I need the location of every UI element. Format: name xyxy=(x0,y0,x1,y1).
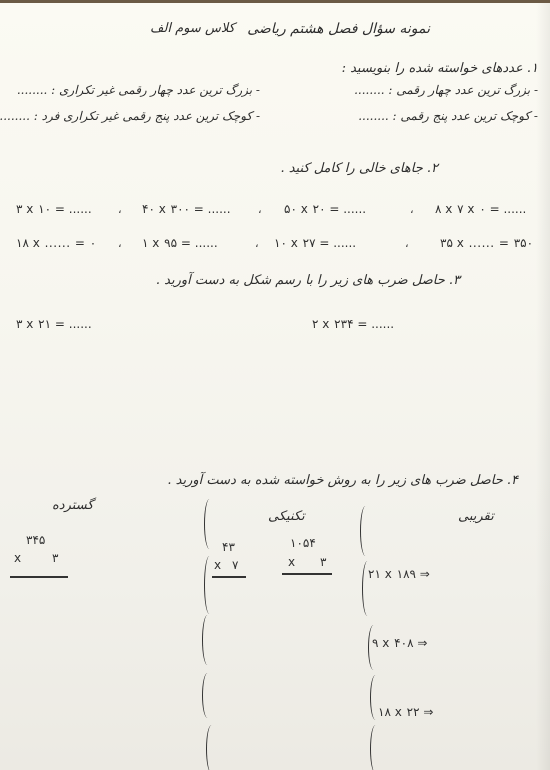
brace-divider xyxy=(360,506,369,556)
brace-divider xyxy=(204,499,213,549)
brace-divider xyxy=(370,675,379,720)
separator: ، xyxy=(118,203,122,216)
separator: ، xyxy=(410,203,414,216)
worksheet-page: نمونه سؤال فصل هشتم ریاضی کلاس سوم الف ۱… xyxy=(0,3,550,770)
brace-divider xyxy=(202,673,211,718)
q2-r2-item-2: ۱۰ x ۲۷ = ...... xyxy=(274,236,356,250)
q1-largest-4digit: - بزرگ ترین عدد چهار رقمی : ........ xyxy=(354,83,538,97)
q1-smallest-5digit-nonrepeat-odd: - کوچک ترین عدد پنج رقمی غیر تکراری فرد … xyxy=(0,109,260,123)
q4-label-technical: تکنیکی xyxy=(268,509,305,524)
q4-tech-1-line xyxy=(282,573,332,575)
q4-approx-item-1: ۲۱ x ۱۸۹ ⇒ xyxy=(368,567,430,581)
q4-heading: ۴. حاصل ضرب های زیر را به روش خواسته شده… xyxy=(167,473,518,488)
separator: ، xyxy=(118,237,122,250)
q4-approx-item-2: ۹ x ۴۰۸ ⇒ xyxy=(372,636,427,650)
q4-tech-1-op: x xyxy=(288,555,296,569)
q4-tech-2-op: x xyxy=(214,558,222,572)
q2-heading: ۲. جاهای خالی را کامل کنید . xyxy=(280,161,438,176)
q4-tech-2-bottom: ۷ xyxy=(232,558,238,572)
q4-exp-1-top: ۳۴۵ xyxy=(26,533,45,547)
q4-tech-1-top: ۱۰۵۴ xyxy=(290,536,316,550)
class-label: کلاس سوم الف xyxy=(150,21,235,36)
q4-tech-1-bottom: ۳ xyxy=(320,555,326,569)
q3-item-2: ۳ x ۲۱ = ...... xyxy=(16,317,92,331)
brace-divider xyxy=(370,725,379,770)
q2-r1-item-2: ۵۰ x ۲۰ = ...... xyxy=(284,202,366,216)
q4-label-approximate: تقریبی xyxy=(458,509,494,524)
q2-r2-item-3: ۱ x ۹۵ = ...... xyxy=(142,236,218,250)
q4-exp-1-op: x xyxy=(14,551,22,565)
brace-divider xyxy=(362,561,371,616)
separator: ، xyxy=(258,203,262,216)
q4-approx-item-3: ۱۸ x ۲۲ ⇒ xyxy=(378,705,433,719)
brace-divider xyxy=(202,615,211,665)
q1-heading: ۱. عددهای خواسته شده را بنویسید : xyxy=(342,61,538,76)
brace-divider xyxy=(368,625,377,670)
worksheet-title: نمونه سؤال فصل هشتم ریاضی xyxy=(247,21,430,37)
q2-r1-item-1: ۸ x ۷ x ۰ = ...... xyxy=(435,202,526,216)
brace-divider xyxy=(206,725,215,770)
separator: ، xyxy=(255,237,259,250)
q4-exp-1-bottom: ۳ xyxy=(52,551,58,565)
q2-r1-item-3: ۴۰ x ۳۰۰ = ...... xyxy=(142,202,231,216)
separator: ، xyxy=(405,237,409,250)
q4-exp-1-line xyxy=(10,576,68,578)
q1-smallest-5digit: - کوچک ترین عدد پنج رقمی : ........ xyxy=(358,109,538,123)
q3-heading: ۳. حاصل ضرب های زیر را با رسم شکل به دست… xyxy=(156,273,460,288)
q4-label-expanded: گسترده xyxy=(52,498,93,513)
q2-r2-item-4: ۱۸ x ...... = ۰ xyxy=(16,236,96,250)
q2-r2-item-1: ۳۵ x ...... = ۳۵۰ xyxy=(440,236,533,250)
q3-item-1: ۲ x ۲۳۴ = ...... xyxy=(312,317,394,331)
q4-tech-2-line xyxy=(212,576,246,578)
q4-tech-2-top: ۴۳ xyxy=(222,540,235,554)
brace-divider xyxy=(204,556,213,614)
q1-largest-4digit-nonrepeat: - بزرگ ترین عدد چهار رقمی غیر تکراری : .… xyxy=(17,83,260,97)
q2-r1-item-4: ۳ x ۱۰ = ...... xyxy=(16,202,92,216)
